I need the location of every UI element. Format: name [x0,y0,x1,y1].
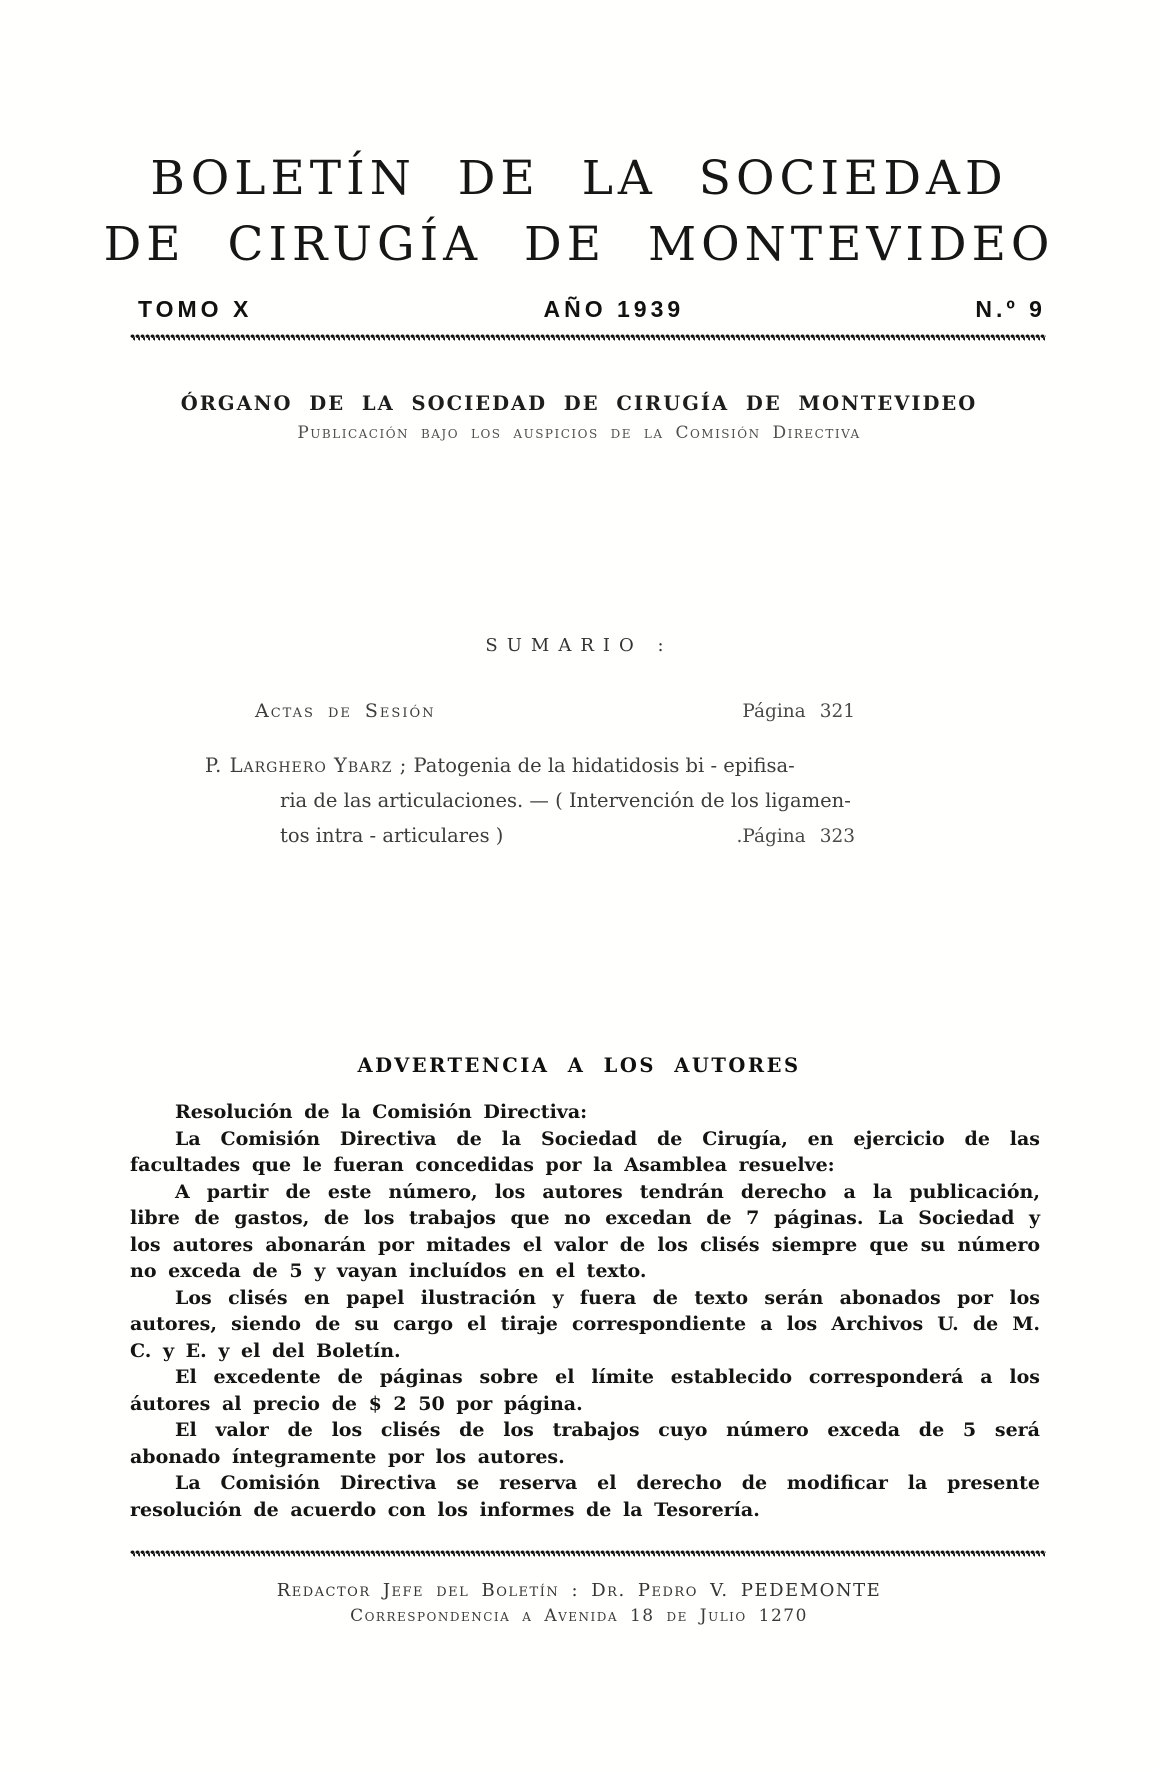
entry-line3: tos intra - articulares ) [280,818,503,853]
correspondence-line: Correspondencia a Avenida 18 de Julio 12… [0,1606,1158,1626]
advertencia-paragraph: El valor de los clisés de los trabajos c… [130,1417,1040,1470]
journal-title-line1: BOLETÍN DE LA SOCIEDAD [0,146,1158,212]
zigzag-divider-top [130,333,1046,342]
tomo-label: TOMO X [138,296,252,323]
advertencia-paragraph: La Comisión Directiva de la Sociedad de … [130,1126,1040,1179]
page-number: 321 [820,701,855,722]
sumario-entry-larghero: P. Larghero Ybarz ; Patogenia de la hida… [205,748,855,854]
zigzag-divider-bottom [130,1549,1046,1558]
advertencia-body: Resolución de la Comisión Directiva: La … [130,1099,1040,1523]
sumario-entry-actas: Actas de Sesión Página321 [255,700,855,722]
page-word: .Página [736,826,805,847]
advertencia-paragraph: Resolución de la Comisión Directiva: [130,1099,1040,1126]
advertencia-paragraph: La Comisión Directiva se reserva el dere… [130,1470,1040,1523]
organ-statement: ÓRGANO DE LA SOCIEDAD DE CIRUGÍA DE MONT… [0,392,1158,415]
editor-line: Redactor Jefe del Boletín : Dr. Pedro V.… [0,1580,1158,1601]
entry-title-part: Patogenia de la hidatidosis bi - epifisa… [407,754,794,777]
publication-statement: Publicación bajo los auspicios de la Com… [0,423,1158,443]
page-word: Página [742,701,805,722]
entry-line3-row: tos intra - articulares ) .Página323 [205,818,855,854]
advertencia-paragraph: A partir de este número, los autores ten… [130,1179,1040,1285]
issue-number-label: N.º 9 [975,296,1046,323]
advertencia-paragraph: El excedente de páginas sobre el límite … [130,1364,1040,1417]
sumario-entry-label: Actas de Sesión [255,700,436,722]
entry-author: P. Larghero Ybarz ; [205,754,407,777]
advertencia-paragraph: Los clisés en papel ilustración y fuera … [130,1285,1040,1365]
sumario-heading: SUMARIO : [0,635,1158,656]
masthead-row: TOMO X AÑO 1939 N.º 9 [138,296,1046,323]
page-number: 323 [820,826,855,847]
page-reference: .Página323 [736,819,855,854]
page-reference: Página321 [742,701,855,722]
journal-cover-page: BOLETÍN DE LA SOCIEDAD DE CIRUGÍA DE MON… [0,0,1158,1771]
entry-line1: P. Larghero Ybarz ; Patogenia de la hida… [205,748,855,783]
journal-title-line2: DE CIRUGÍA DE MONTEVIDEO [0,212,1158,278]
advertencia-heading: ADVERTENCIA A LOS AUTORES [0,1054,1158,1077]
entry-line2: ria de las articulaciones. — ( Intervenc… [205,783,855,818]
year-label: AÑO 1939 [544,296,685,323]
